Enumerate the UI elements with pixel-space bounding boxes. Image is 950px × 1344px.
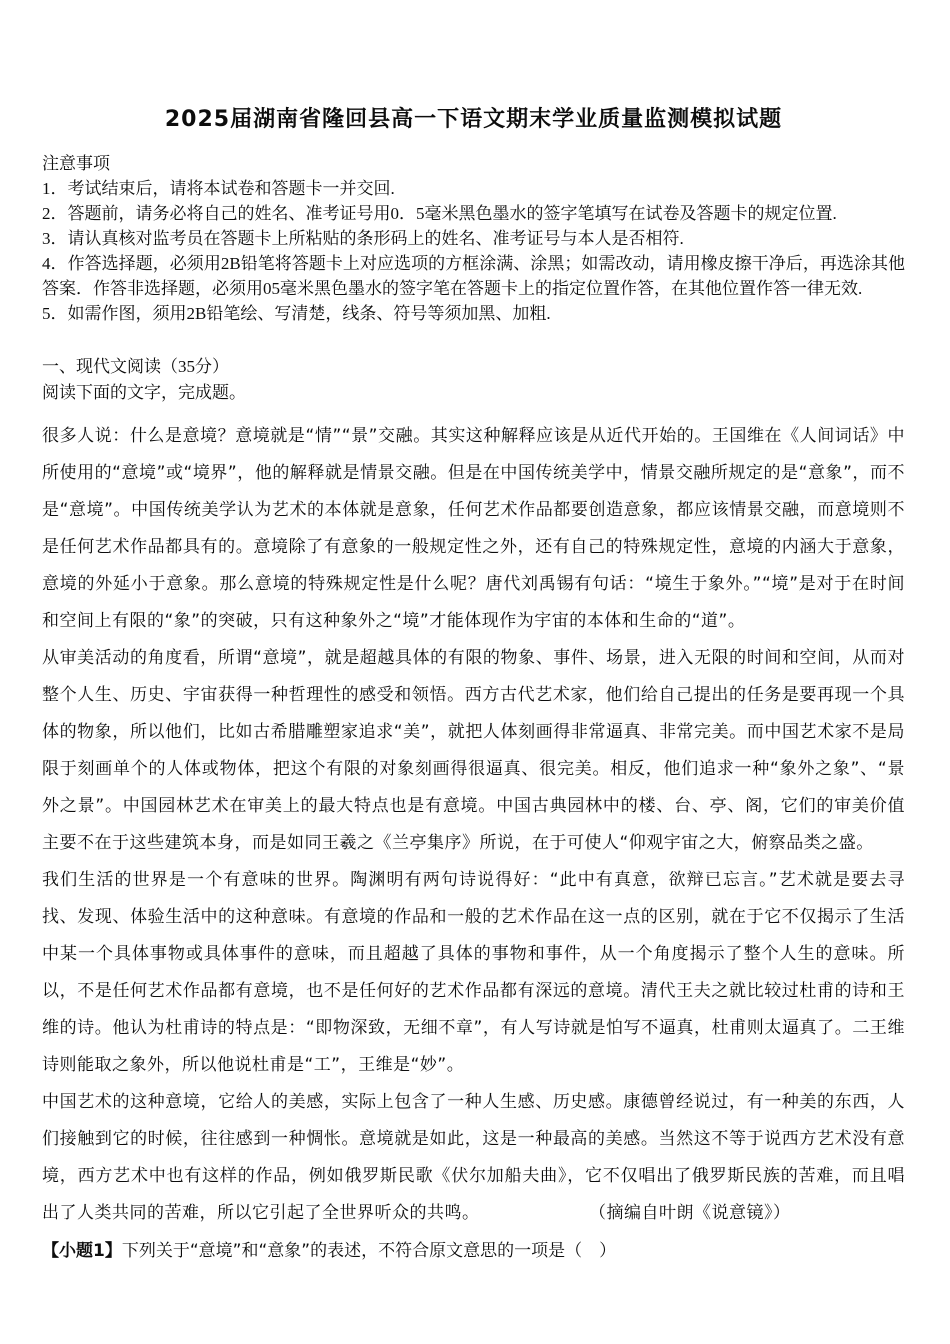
notice-item-5: 5．如需作图，须用2B铅笔绘、写清楚，线条、符号等须加黑、加粗.: [42, 301, 905, 326]
passage-paragraph-2: 从审美活动的角度看，所谓“意境”，就是超越具体的有限的物象、事件、场景，进入无限…: [42, 640, 905, 862]
section-heading: 一、现代文阅读（35分）: [42, 354, 905, 380]
passage-source: （摘编自叶朗《说意镜》）: [598, 1203, 791, 1223]
question-1: 【小题1】下列关于“意境”和“意象”的表述，不符合原文意思的一项是（ ）: [42, 1234, 905, 1268]
passage-paragraph-1: 很多人说：什么是意境？意境就是“情”“景”交融。其实这种解释应该是从近代开始的。…: [42, 418, 905, 640]
notice-section: 注意事项 1．考试结束后，请将本试卷和答题卡一并交回. 2．答题前，请务必将自己…: [42, 151, 905, 326]
exam-paper-page: 2025届湖南省隆回县高一下语文期末学业质量监测模拟试题 注意事项 1．考试结束…: [0, 0, 950, 1344]
reading-instruction: 阅读下面的文字，完成题。: [42, 380, 905, 406]
passage-paragraph-3: 我们生活的世界是一个有意味的世界。陶渊明有两句诗说得好：“此中有真意，欲辩已忘言…: [42, 862, 905, 1084]
notice-item-2: 2．答题前，请务必将自己的姓名、准考证号用0．5毫米黑色墨水的签字笔填写在试卷及…: [42, 201, 905, 226]
passage-paragraph-4: 中国艺术的这种意境，它给人的美感，实际上包含了一种人生感、历史感。康德曾经说过，…: [42, 1084, 905, 1232]
notice-heading: 注意事项: [42, 151, 905, 176]
question-1-label: 【小题1】: [42, 1241, 122, 1261]
notice-item-1: 1．考试结束后，请将本试卷和答题卡一并交回.: [42, 176, 905, 201]
question-1-text: 下列关于“意境”和“意象”的表述，不符合原文意思的一项是（ ）: [122, 1241, 616, 1261]
notice-item-3: 3．请认真核对监考员在答题卡上所粘贴的条形码上的姓名、准考证号与本人是否相符.: [42, 226, 905, 251]
page-title: 2025届湖南省隆回县高一下语文期末学业质量监测模拟试题: [42, 104, 905, 136]
notice-item-4: 4．作答选择题，必须用2B铅笔将答题卡上对应选项的方框涂满、涂黑；如需改动，请用…: [42, 251, 905, 301]
reading-passage: 很多人说：什么是意境？意境就是“情”“景”交融。其实这种解释应该是从近代开始的。…: [42, 418, 905, 1232]
